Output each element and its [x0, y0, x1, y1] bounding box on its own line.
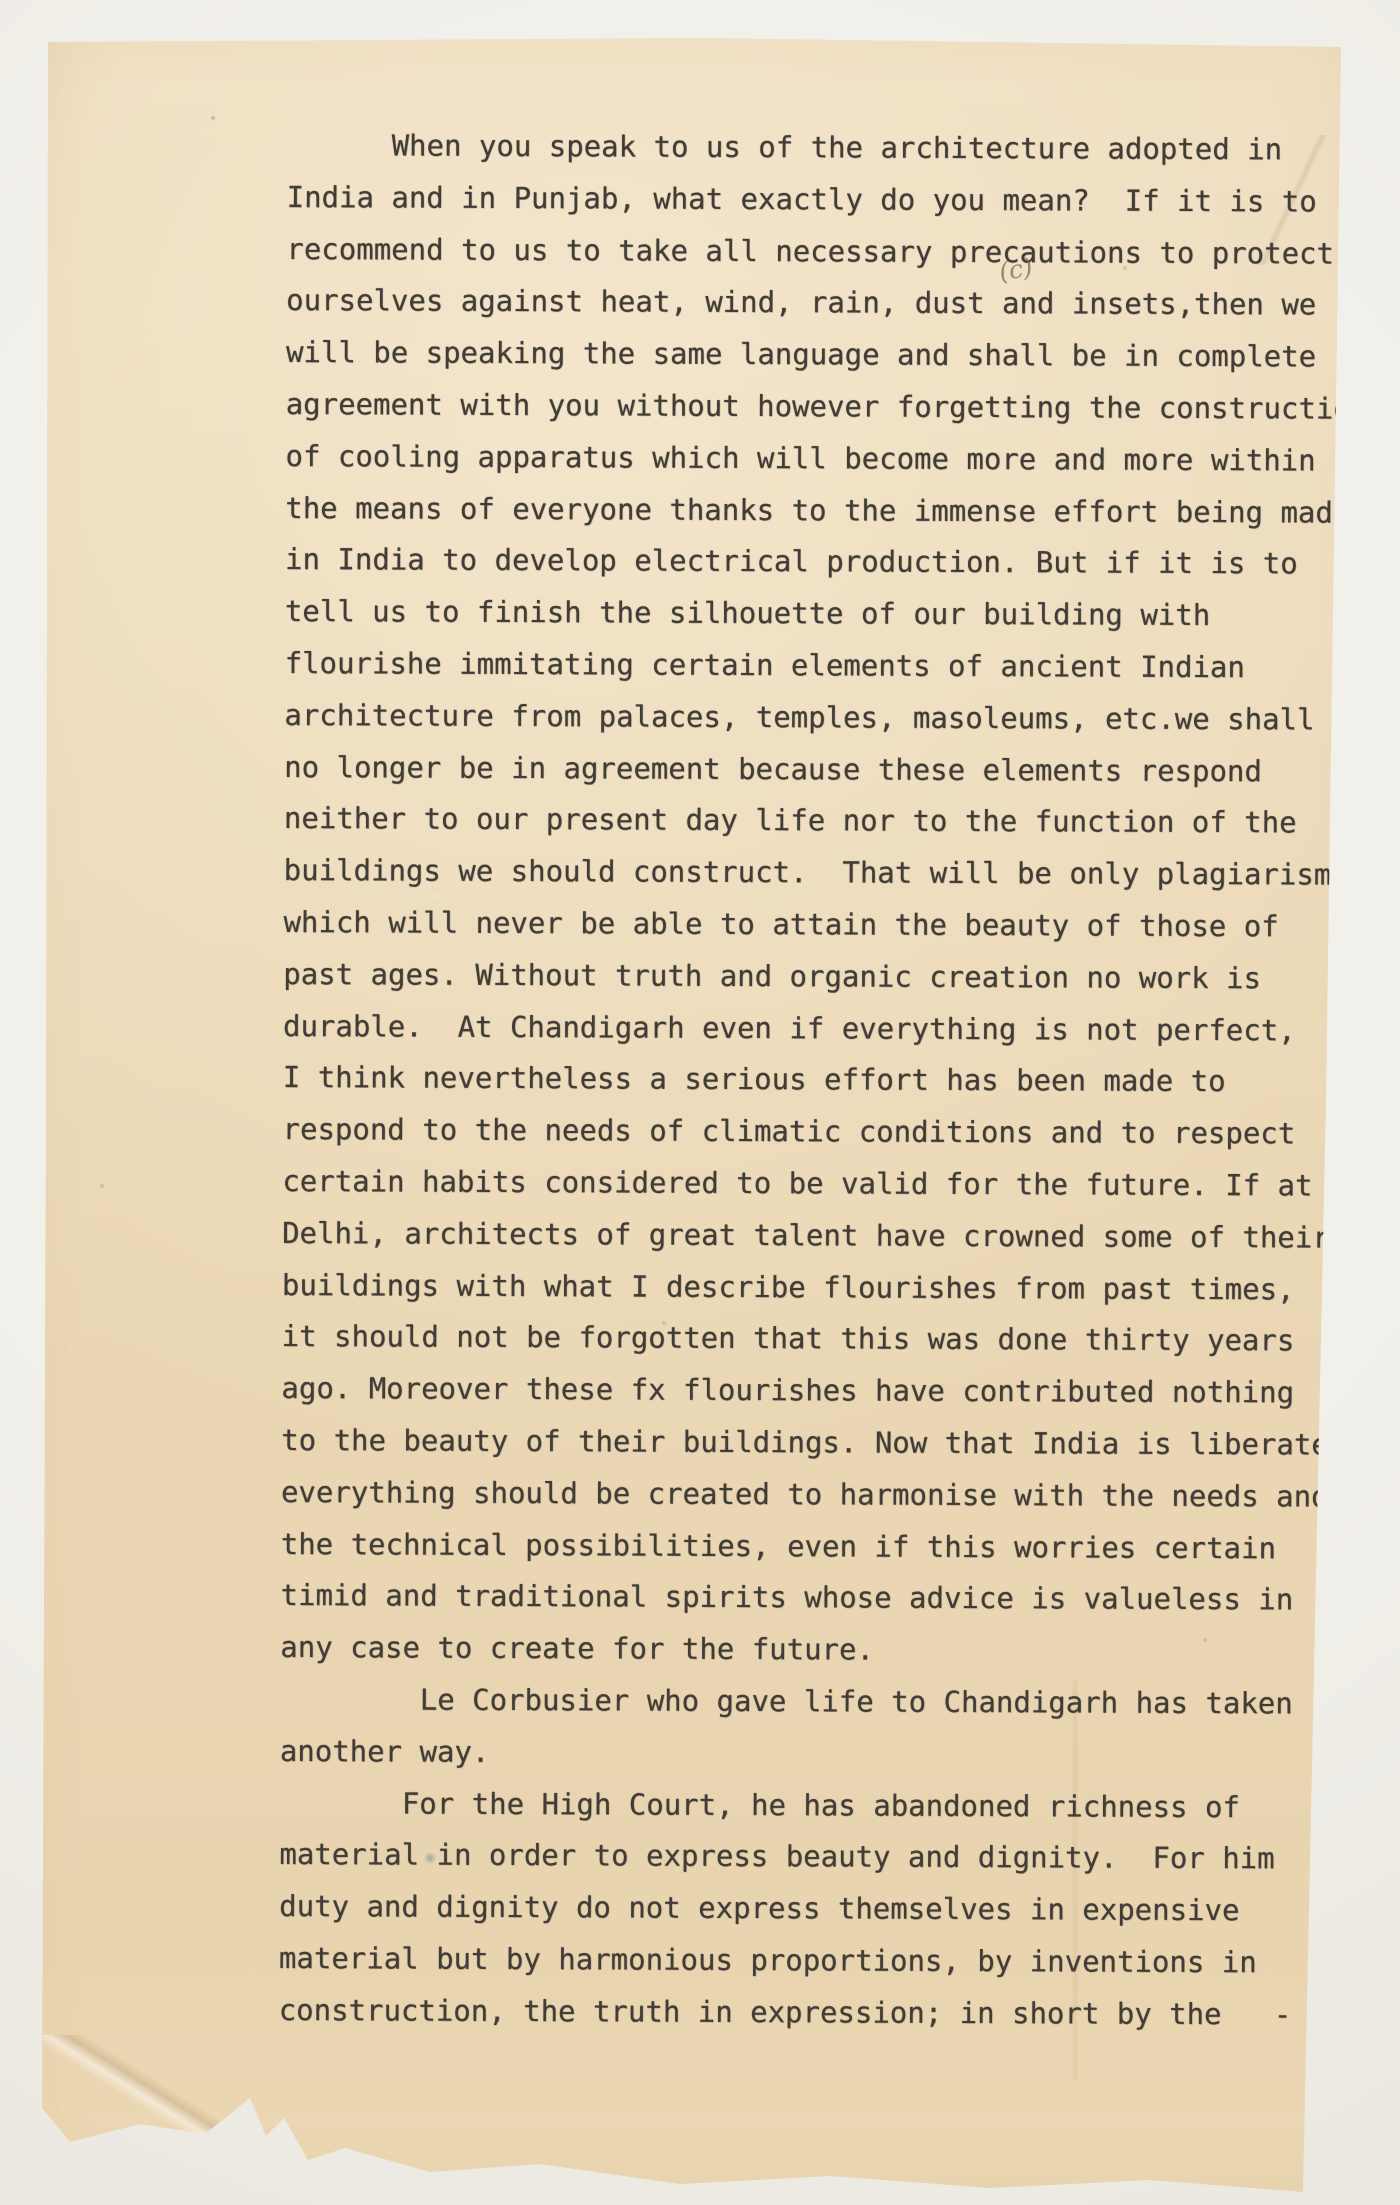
paper-sheet: When you speak to us of the architecture… [0, 0, 1400, 2205]
typed-line: When you speak to us of the architecture… [287, 120, 1370, 177]
typed-line: durable. At Chandigarh even if everythin… [283, 1001, 1366, 1058]
typed-line: buildings we should construct. That will… [284, 845, 1367, 902]
typed-line: agreement with you without however forge… [286, 379, 1369, 436]
typed-line: construction, the truth in expression; i… [279, 1985, 1362, 2042]
typed-line: tell us to finish the silhouette of our … [285, 586, 1368, 643]
typed-line: timid and traditional spirits whose advi… [280, 1570, 1363, 1627]
typed-line: which will never be able to attain the b… [283, 897, 1366, 954]
typed-line: past ages. Without truth and organic cre… [283, 949, 1366, 1006]
typed-line: buildings with what I describe flourishe… [282, 1260, 1365, 1317]
typed-line: in India to develop electrical productio… [285, 534, 1368, 591]
typed-line: neither to our present day life nor to t… [284, 793, 1367, 850]
typed-line: recommend to us to take all necessary pr… [286, 224, 1369, 281]
pencil-annotation: (c) [997, 252, 1035, 286]
typed-line: ourselves against heat, wind, rain, dust… [286, 275, 1369, 332]
typed-line: India and in Punjab, what exactly do you… [287, 172, 1370, 229]
typed-line: material but by harmonious proportions, … [279, 1933, 1362, 1990]
typed-line: certain habits considered to be valid fo… [282, 1156, 1365, 1213]
typed-line: everything should be created to harmonis… [281, 1467, 1364, 1524]
typed-line: of cooling apparatus which will become m… [285, 431, 1368, 488]
typed-line: ago. Moreover these fx flourishes have c… [281, 1363, 1364, 1420]
ink-smudge [423, 1852, 437, 1864]
typed-line: I think nevertheless a serious effort ha… [283, 1052, 1366, 1109]
typed-line: For the High Court, he has abandoned ric… [280, 1777, 1363, 1834]
typed-line: duty and dignity do not express themselv… [279, 1881, 1362, 1938]
typed-line: will be speaking the same language and s… [286, 327, 1369, 384]
typed-line: flourishe immitating certain elements of… [285, 638, 1368, 695]
typed-line: it should not be forgotten that this was… [282, 1311, 1365, 1368]
typed-line: any case to create for the future. [280, 1622, 1363, 1679]
typed-line: the means of everyone thanks to the imme… [285, 483, 1368, 540]
typed-line: to the beauty of their buildings. Now th… [281, 1415, 1364, 1472]
typed-line: material in order to express beauty and … [279, 1829, 1362, 1886]
typed-text-block: When you speak to us of the architecture… [279, 120, 1370, 2041]
typed-line: architecture from palaces, temples, maso… [284, 690, 1367, 747]
typed-line: respond to the needs of climatic conditi… [282, 1104, 1365, 1161]
typed-line: another way. [280, 1726, 1363, 1783]
typed-line: the technical possibilities, even if thi… [281, 1519, 1364, 1576]
typed-line: Le Corbusier who gave life to Chandigarh… [280, 1674, 1363, 1731]
typed-line: Delhi, architects of great talent have c… [282, 1208, 1365, 1265]
typed-line: no longer be in agreement because these … [284, 742, 1367, 799]
